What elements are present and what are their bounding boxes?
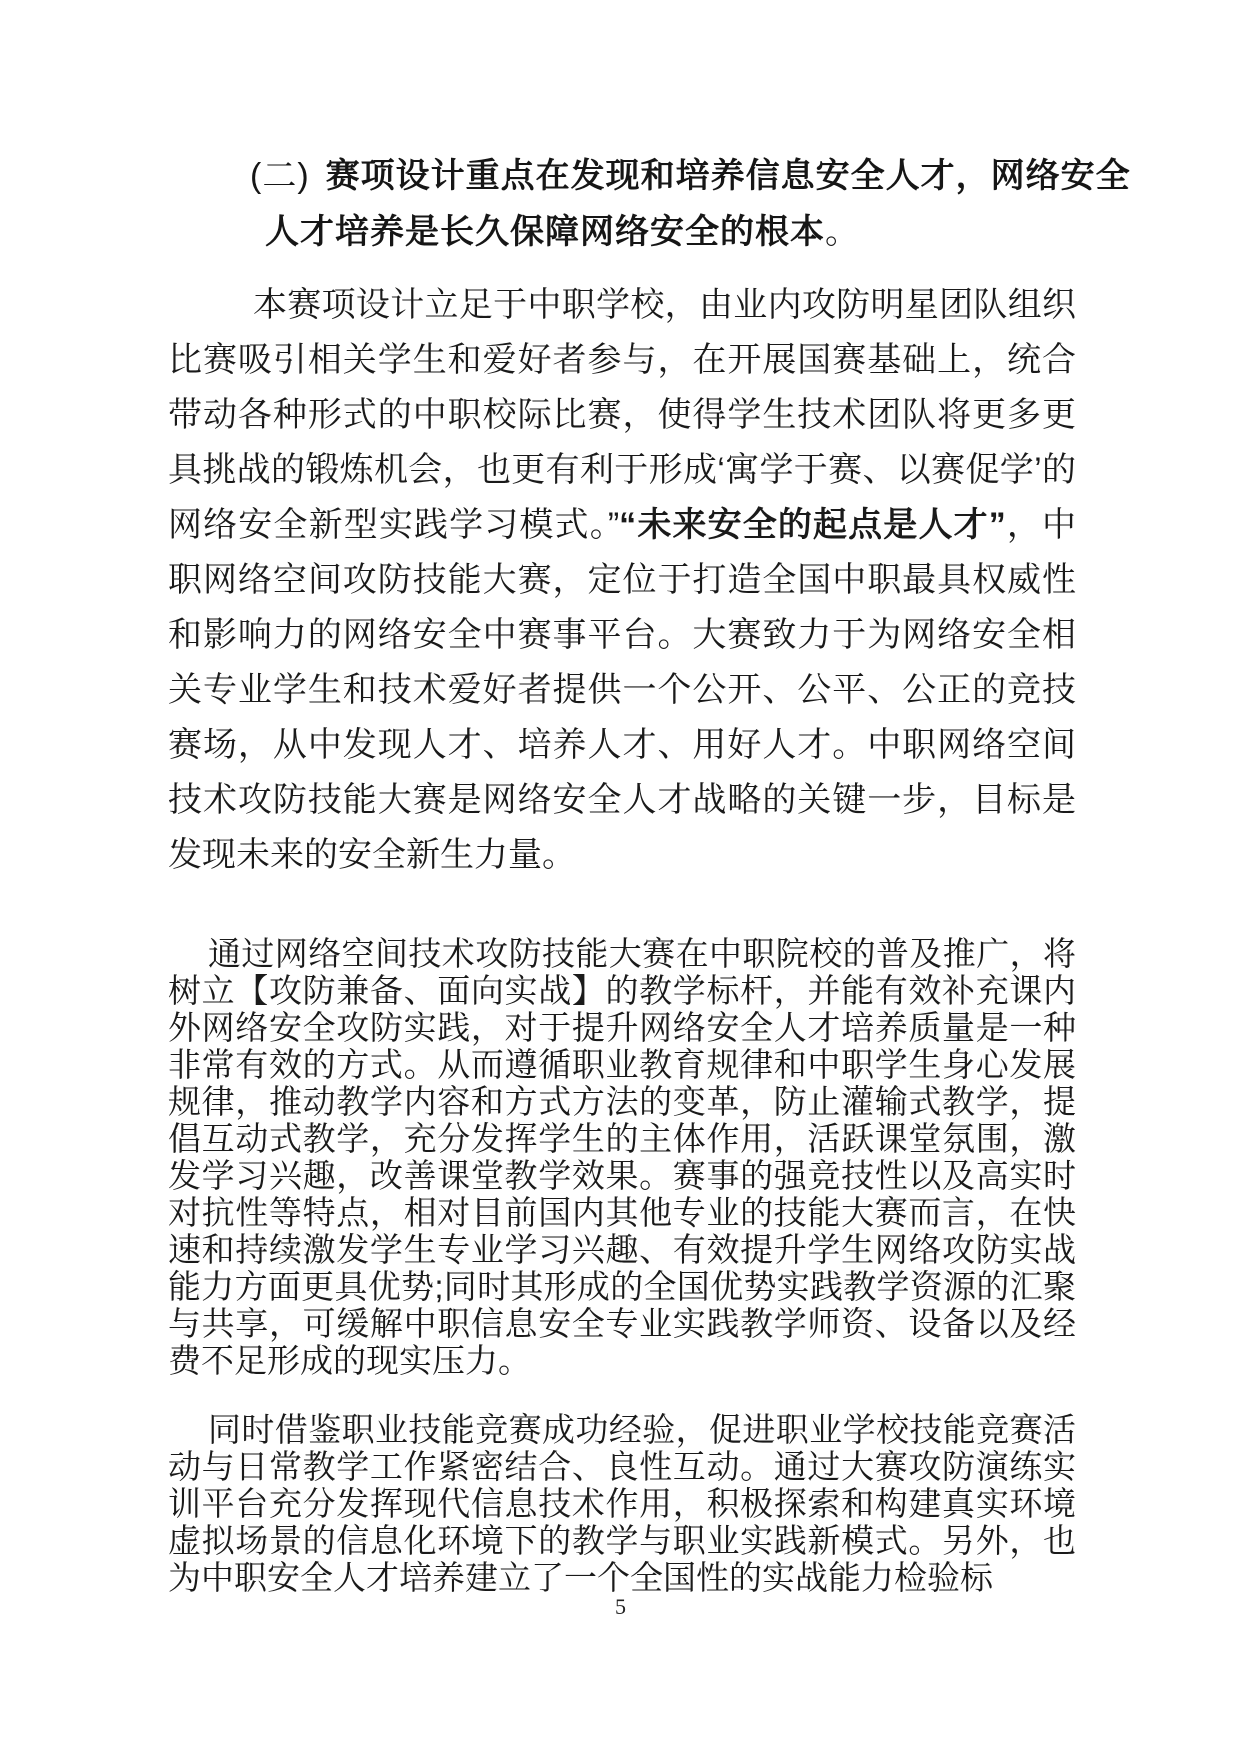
heading-line-1: (二)赛项设计重点在发现和培养信息安全人才，网络安全: [168, 148, 1076, 204]
page-number: 5: [0, 1594, 1241, 1620]
heading-text-line1: 赛项设计重点在发现和培养信息安全人才，网络安全: [326, 157, 1131, 195]
paragraph-3: 同时借鉴职业技能竞赛成功经验，促进职业学校技能竞赛活动与日常教学工作紧密结合、良…: [168, 1411, 1076, 1596]
document-page: (二)赛项设计重点在发现和培养信息安全人才，网络安全 人才培养是长久保障网络安全…: [0, 0, 1241, 1754]
page-content: (二)赛项设计重点在发现和培养信息安全人才，网络安全 人才培养是长久保障网络安全…: [168, 148, 1076, 1596]
section-number-marker: (二): [250, 157, 310, 195]
paragraph-1-bold-quote: “未来安全的起点是人才”: [619, 506, 1006, 544]
paragraph-1-text-b: ，中职网络空间攻防技能大赛，定位于打造全国中职最具权威性和影响力的网络安全中赛事…: [168, 506, 1076, 874]
heading-text-line2: 人才培养是长久保障网络安全的根本: [265, 213, 825, 251]
paragraph-1: 本赛项设计立足于中职学校，由业内攻防明星团队组织比赛吸引相关学生和爱好者参与，在…: [168, 278, 1076, 883]
paragraph-2: 通过网络空间技术攻防技能大赛在中职院校的普及推广，将树立【攻防兼备、面向实战】的…: [168, 935, 1076, 1379]
heading-line-2: 人才培养是长久保障网络安全的根本。: [168, 204, 1076, 260]
section-heading: (二)赛项设计重点在发现和培养信息安全人才，网络安全 人才培养是长久保障网络安全…: [168, 148, 1076, 260]
heading-period: 。: [825, 213, 860, 251]
